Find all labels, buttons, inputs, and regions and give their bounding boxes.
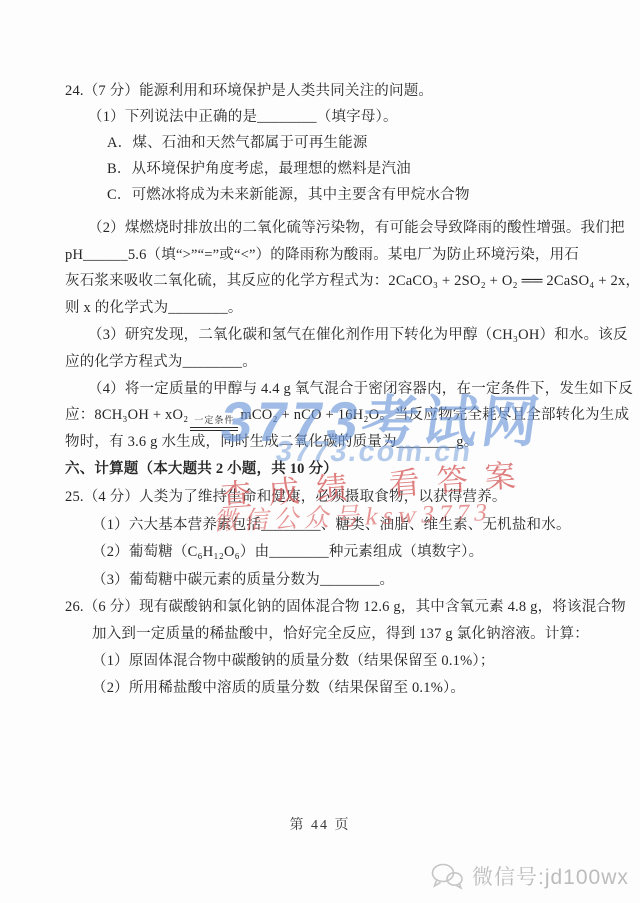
q24-part4-line3: 物时，有 3.6 g 水生成，同时生成二氧化碳的质量为________g。 — [65, 433, 478, 451]
q25-part1: （1）六大基本营养素包括________、糖类、油脂、维生素、无机盐和水。 — [92, 516, 571, 534]
q24-part4-equation: 应：8CH₃OH + xO₂一定条件mCO₂ + nCO + 16H₂O。当反应… — [65, 406, 629, 431]
q24-part2-line1: （2）煤燃烧时排放出的二氧化硫等污染物，有可能会导致降雨的酸性增强。我们把 — [88, 219, 625, 237]
q24-part3-line2: 应的化学方程式为________。 — [65, 353, 257, 371]
wechat-icon — [430, 861, 464, 891]
equation-right-side: mCO₂ + nCO + 16H₂O。当反应物完全耗尽且全部转化为生成 — [240, 407, 629, 423]
page-number: 第 44 页 — [0, 814, 640, 834]
q24-part2-line2: pH______5.6（填“>”“=”或“<”）的降雨称为酸雨。某电厂为防止环境… — [65, 246, 579, 264]
q24-option-a: A．煤、石油和天然气都属于可再生能源 — [107, 134, 368, 152]
q24-part1: （1）下列说法中正确的是________（填字母）。 — [88, 108, 398, 126]
exam-page: 24.（7 分）能源利用和环境保护是人类共同关注的问题。 （1）下列说法中正确的… — [0, 0, 640, 903]
q24-part2-line3: 灰石浆来吸收二氧化硫，其反应的化学方程式为：2CaCO₃ + 2SO₂ + O₂… — [65, 272, 640, 290]
q24-option-b: B．从环境保护角度考虑，最理想的燃料是汽油 — [107, 160, 411, 178]
wechat-id-label: 微信号:jd100wx — [472, 861, 629, 891]
q25-part2: （2）葡萄糖（C₆H₁₂O₆）由________种元素组成（填数字）。 — [92, 543, 483, 561]
q25-stem: 25.（4 分）人类为了维持生命和健康，必须摄取食物，以获得营养。 — [65, 488, 507, 506]
q26-part2: （2）所用稀盐酸中溶质的质量分数（结果保留至 0.1%）。 — [92, 679, 465, 697]
q24-part3-line1: （3）研究发现，二氧化碳和氢气在催化剂作用下转化为甲醇（CH₃OH）和水。该反 — [88, 326, 628, 344]
equation-left-side: 应：8CH₃OH + xO₂ — [65, 407, 188, 423]
reaction-condition: 一定条件 — [190, 415, 238, 431]
q26-stem-line2: 加入到一定质量的稀盐酸中，恰好完全反应，得到 137 g 氯化钠溶液。计算： — [92, 625, 589, 643]
q24-stem: 24.（7 分）能源利用和环境保护是人类共同关注的问题。 — [65, 82, 433, 100]
q24-part4-line1: （4）将一定质量的甲醇与 4.4 g 氧气混合于密闭容器内，在一定条件下，发生如… — [88, 380, 633, 398]
q24-option-c: C．可燃冰将成为未来新能源，其中主要含有甲烷水合物 — [107, 186, 470, 204]
section6-heading: 六、计算题（本大题共 2 小题，共 10 分） — [65, 460, 338, 478]
q24-part2-line4: 则 x 的化学式为________。 — [65, 299, 243, 317]
q25-part3: （3）葡萄糖中碳元素的质量分数为________。 — [92, 571, 394, 589]
wechat-footer: 微信号:jd100wx — [430, 858, 629, 894]
reaction-condition-label: 一定条件 — [190, 415, 238, 431]
q26-part1: （1）原固体混合物中碳酸钠的质量分数（结果保留至 0.1%）； — [92, 652, 495, 670]
q26-stem-line1: 26.（6 分）现有碳酸钠和氯化钠的固体混合物 12.6 g，其中含氧元素 4.… — [65, 598, 626, 616]
